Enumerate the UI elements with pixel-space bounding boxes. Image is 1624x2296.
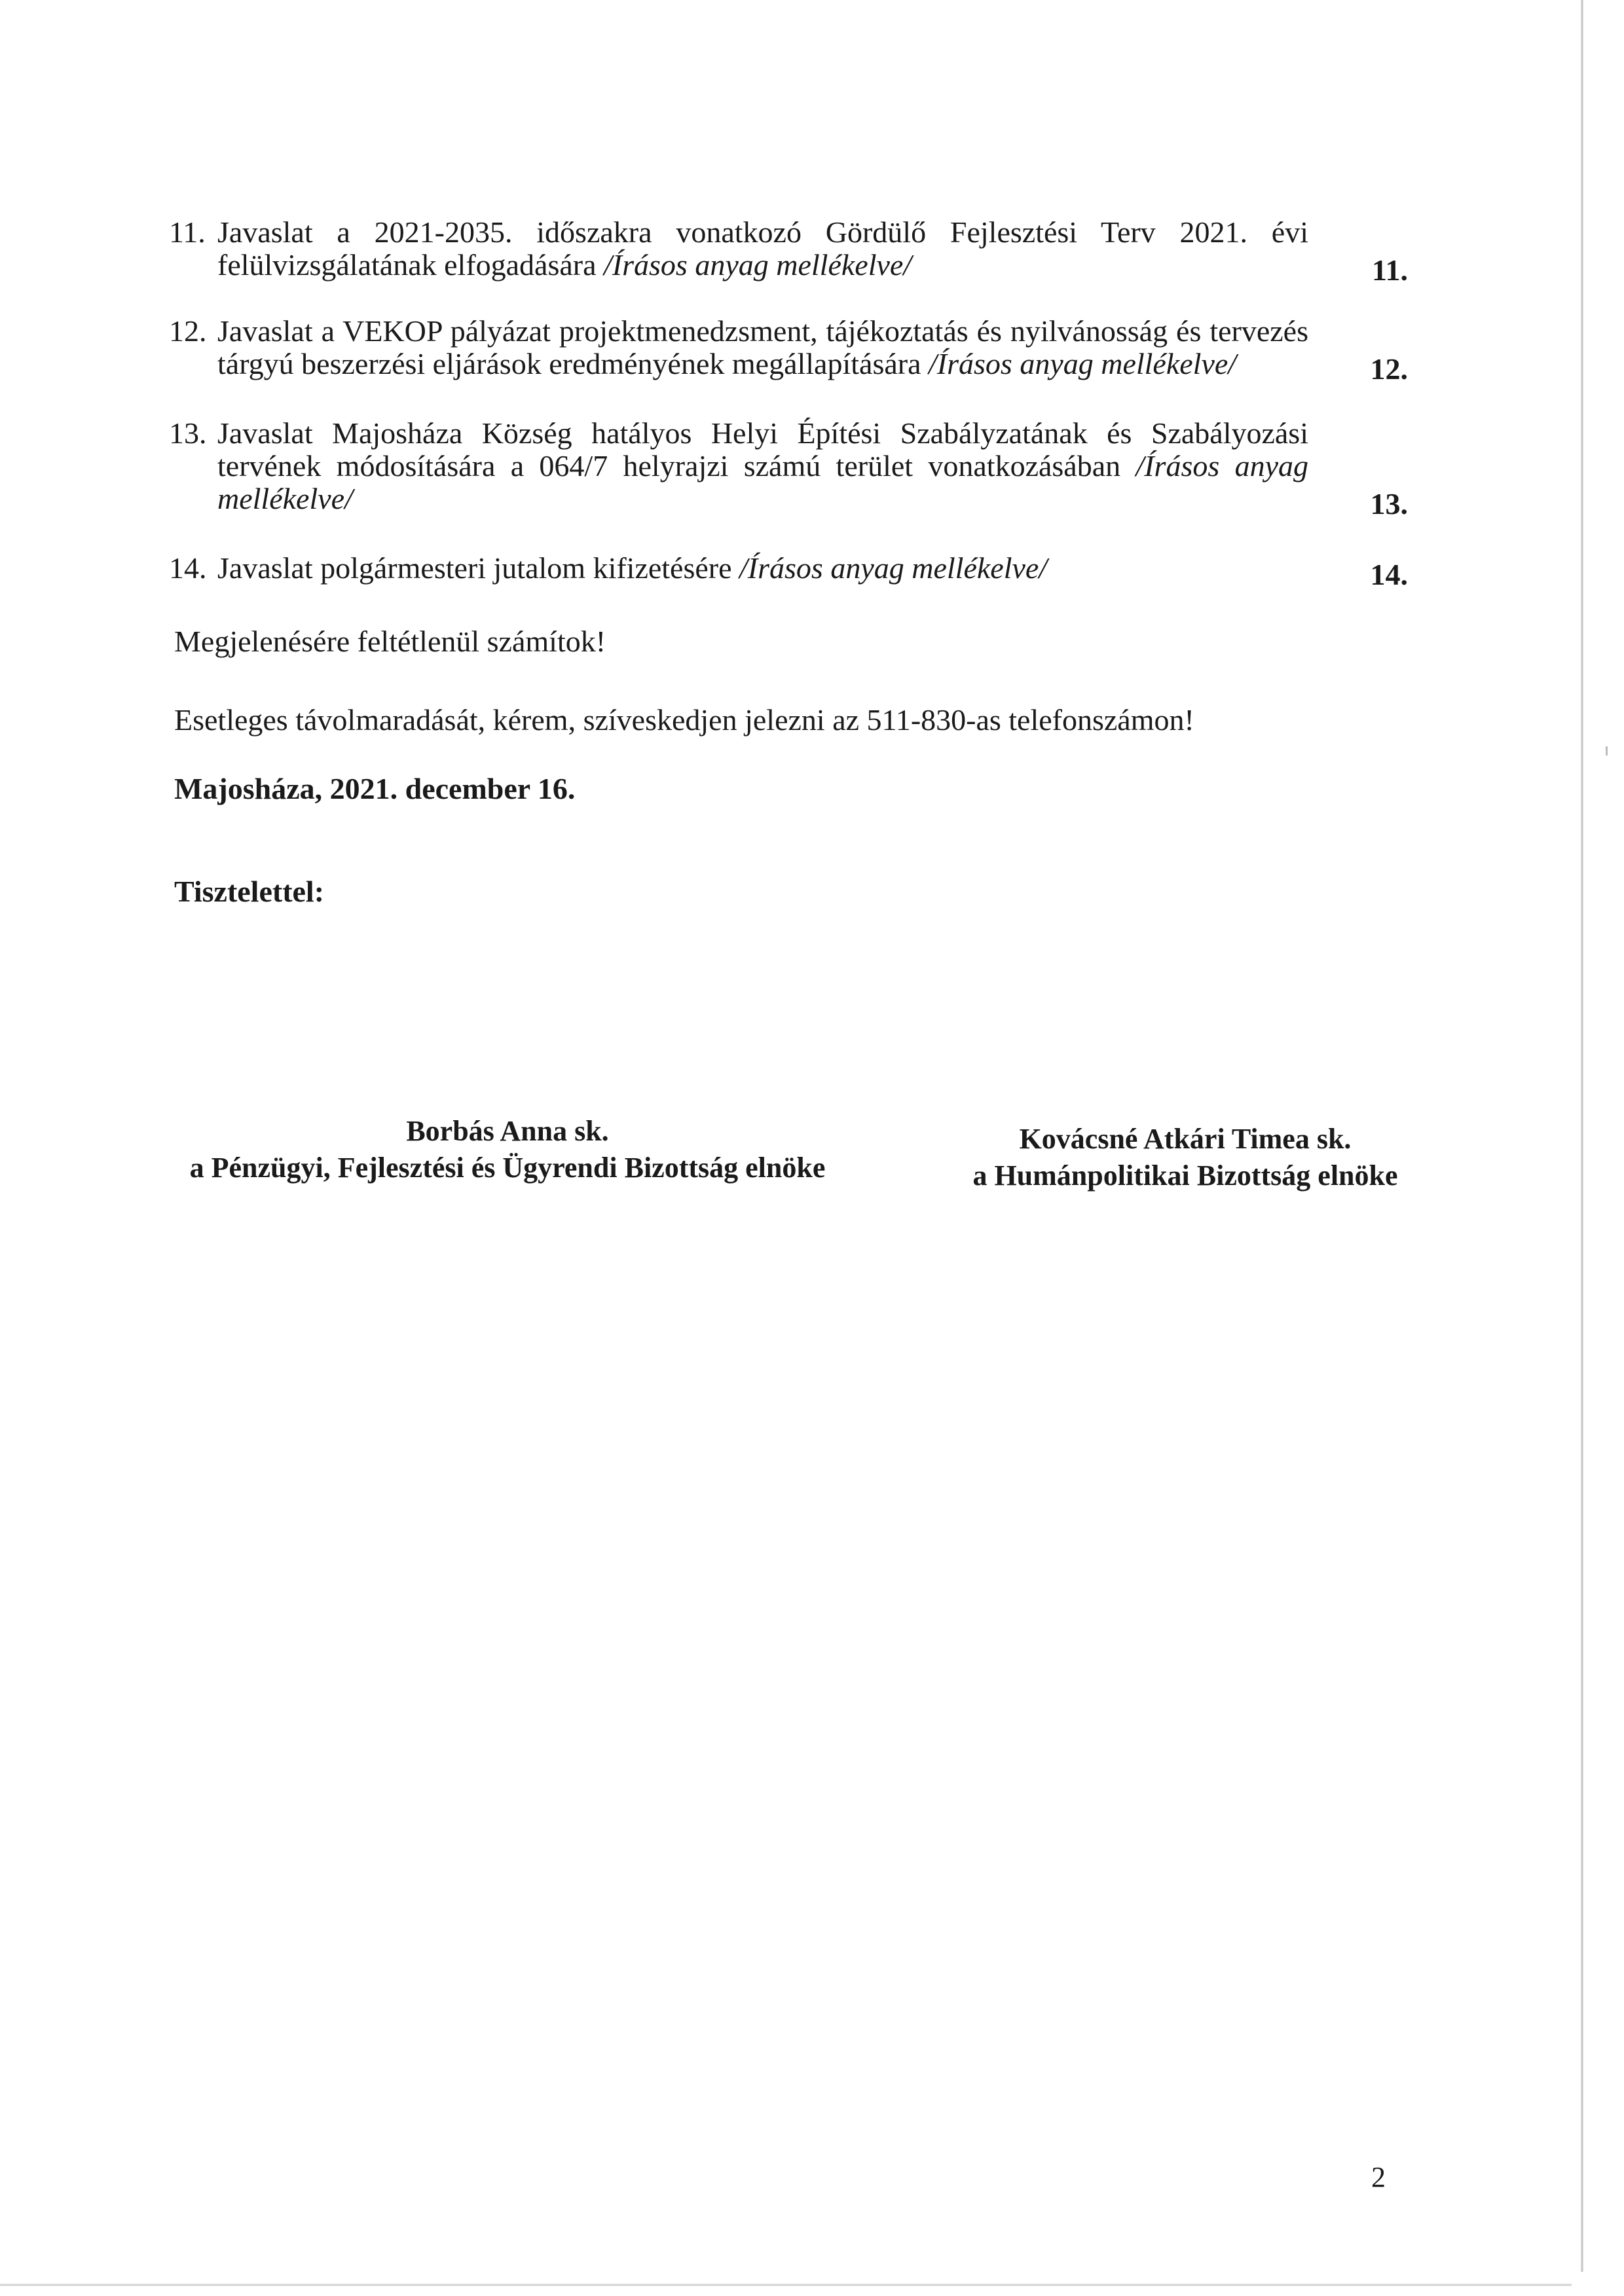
scan-edge-right: [1581, 0, 1583, 2272]
agenda-item: 14. Javaslat polgármesteri jutalom kifiz…: [169, 552, 1426, 585]
agenda-list: 11. Javaslat a 2021-2035. időszakra vona…: [169, 216, 1426, 585]
agenda-item-number: 11.: [169, 216, 206, 249]
agenda-item-ref: 14.: [1371, 558, 1409, 591]
absence-notice: Esetleges távolmaradását, kérem, szívesk…: [174, 704, 1194, 737]
agenda-item-ref: 13.: [1371, 488, 1409, 520]
scan-mark: [1606, 746, 1608, 756]
agenda-item-text: Javaslat Majosháza Község hatályos Helyi…: [217, 417, 1426, 515]
signature-block-left: Borbás Anna sk. a Pénzügyi, Fejlesztési …: [151, 1113, 864, 1186]
agenda-item-number: 14.: [169, 552, 207, 585]
agenda-item-ref: 12.: [1371, 353, 1409, 386]
page-number: 2: [1371, 2160, 1386, 2194]
agenda-item-number: 12.: [169, 315, 207, 348]
agenda-item: 12. Javaslat a VEKOP pályázat projektmen…: [169, 315, 1426, 380]
attachment-note: /Írásos anyag mellékelve/: [604, 248, 912, 282]
signatory-name: Kovácsné Atkári Timea sk.: [936, 1121, 1434, 1157]
signatory-title: a Pénzügyi, Fejlesztési és Ügyrendi Bizo…: [151, 1150, 864, 1186]
signature-block-right: Kovácsné Atkári Timea sk. a Humánpolitik…: [936, 1121, 1434, 1194]
signatory-name: Borbás Anna sk.: [151, 1113, 864, 1150]
agenda-item: 11. Javaslat a 2021-2035. időszakra vona…: [169, 216, 1426, 282]
agenda-item: 13. Javaslat Majosháza Község hatályos H…: [169, 417, 1426, 515]
attachment-note: /Írásos anyag mellékelve/: [739, 551, 1047, 585]
signatory-title: a Humánpolitikai Bizottság elnöke: [936, 1157, 1434, 1194]
agenda-item-number: 13.: [169, 417, 207, 450]
place-and-date: Majosháza, 2021. december 16.: [174, 773, 575, 805]
agenda-item-text: Javaslat a 2021-2035. időszakra vonatkoz…: [217, 216, 1426, 282]
scan-edge-bottom: [0, 2284, 1572, 2286]
agenda-item-text: Javaslat a VEKOP pályázat projektmenedzs…: [217, 315, 1426, 380]
document-page: 11. Javaslat a 2021-2035. időszakra vona…: [0, 0, 1624, 2296]
agenda-item-ref: 11.: [1372, 254, 1408, 287]
agenda-item-title: Javaslat polgármesteri jutalom kifizetés…: [217, 551, 732, 585]
attachment-note: /Írásos anyag mellékelve/: [929, 347, 1236, 380]
appearance-request: Megjelenésére feltétlenül számítok!: [174, 625, 606, 658]
agenda-item-text: Javaslat polgármesteri jutalom kifizetés…: [217, 552, 1426, 585]
closing-regards: Tisztelettel:: [174, 875, 324, 908]
